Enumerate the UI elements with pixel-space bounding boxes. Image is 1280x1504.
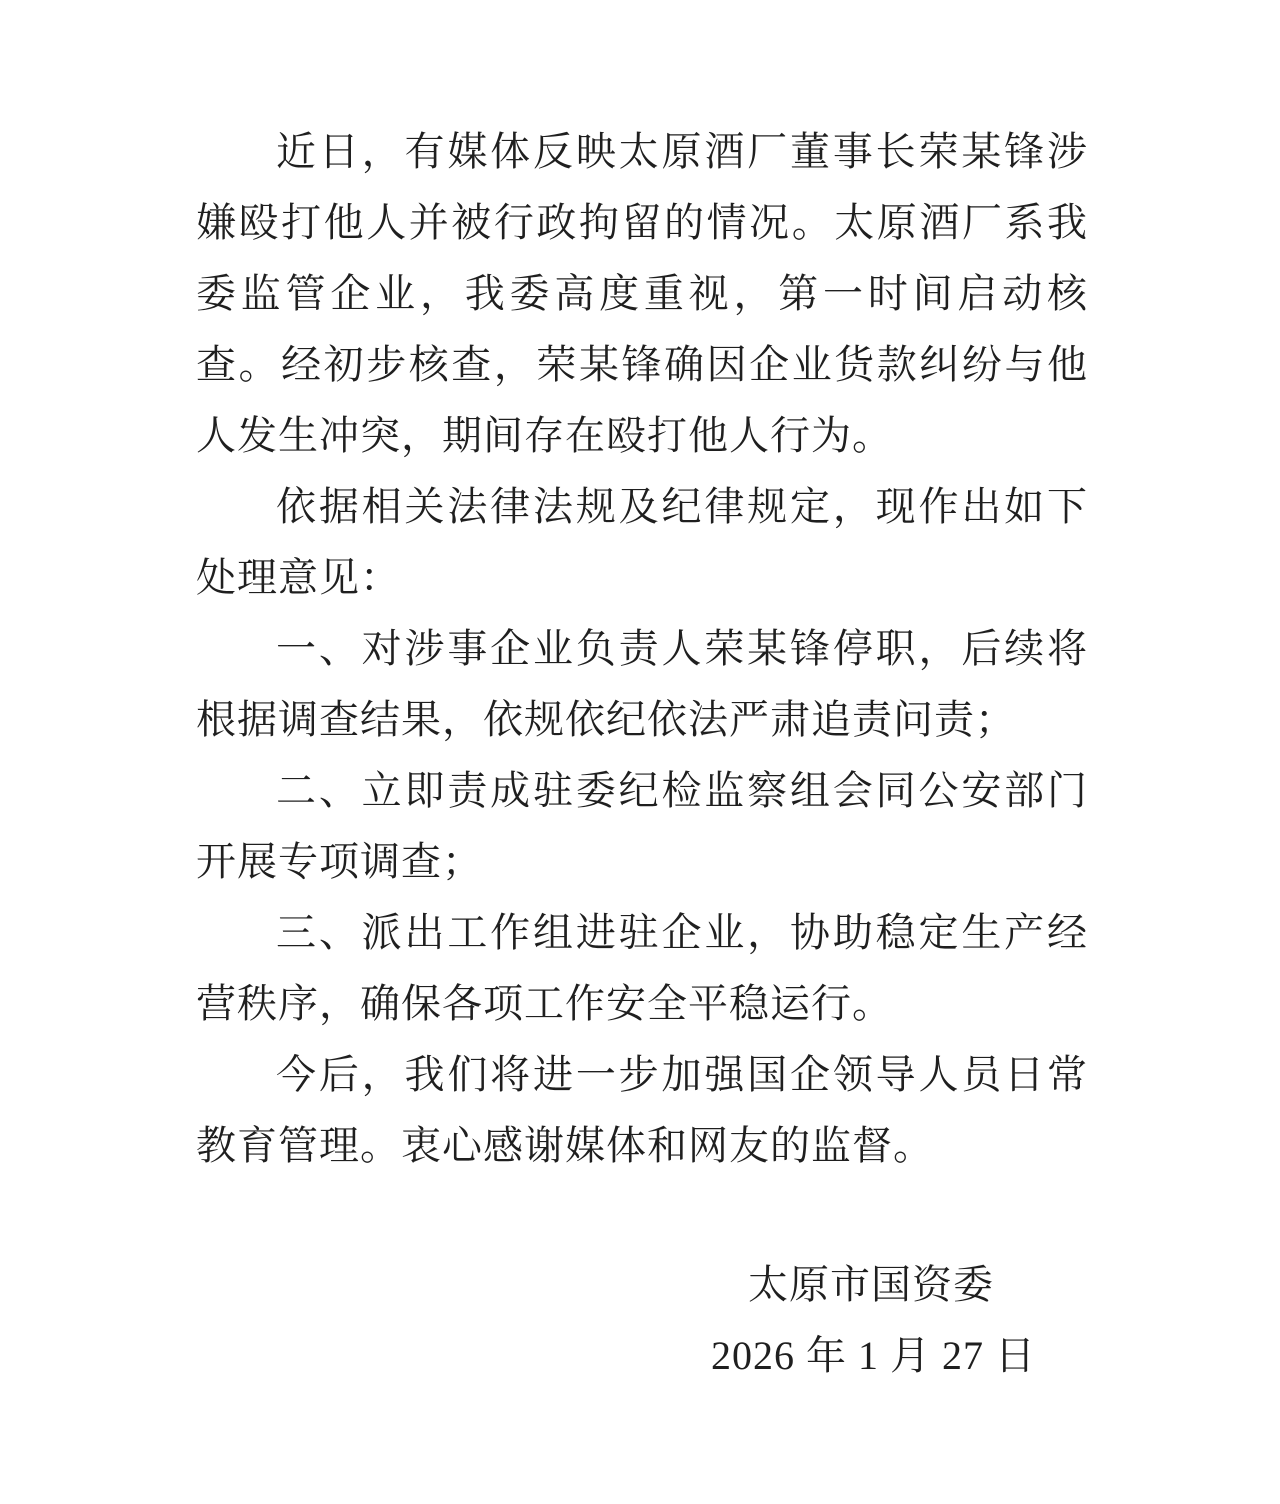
document-page: 近日，有媒体反映太原酒厂董事长荣某锋涉嫌殴打他人并被行政拘留的情况。太原酒厂系我… bbox=[0, 0, 1280, 1504]
paragraph-item-2: 二、立即责成驻委纪检监察组会同公安部门开展专项调查； bbox=[196, 755, 1088, 897]
signature-date: 2026 年 1 月 27 日 bbox=[711, 1320, 1031, 1391]
signature-organization: 太原市国资委 bbox=[711, 1249, 1031, 1320]
paragraph-closing: 今后，我们将进一步加强国企领导人员日常教育管理。衷心感谢媒体和网友的监督。 bbox=[196, 1039, 1088, 1181]
paragraph-basis: 依据相关法律法规及纪律规定，现作出如下处理意见： bbox=[196, 471, 1088, 613]
document-body: 近日，有媒体反映太原酒厂董事长荣某锋涉嫌殴打他人并被行政拘留的情况。太原酒厂系我… bbox=[196, 116, 1088, 1181]
paragraph-item-3: 三、派出工作组进驻企业，协助稳定生产经营秩序，确保各项工作安全平稳运行。 bbox=[196, 897, 1088, 1039]
paragraph-intro: 近日，有媒体反映太原酒厂董事长荣某锋涉嫌殴打他人并被行政拘留的情况。太原酒厂系我… bbox=[196, 116, 1088, 471]
paragraph-item-1: 一、对涉事企业负责人荣某锋停职，后续将根据调查结果，依规依纪依法严肃追责问责； bbox=[196, 613, 1088, 755]
signature-block: 太原市国资委 2026 年 1 月 27 日 bbox=[711, 1249, 1031, 1391]
